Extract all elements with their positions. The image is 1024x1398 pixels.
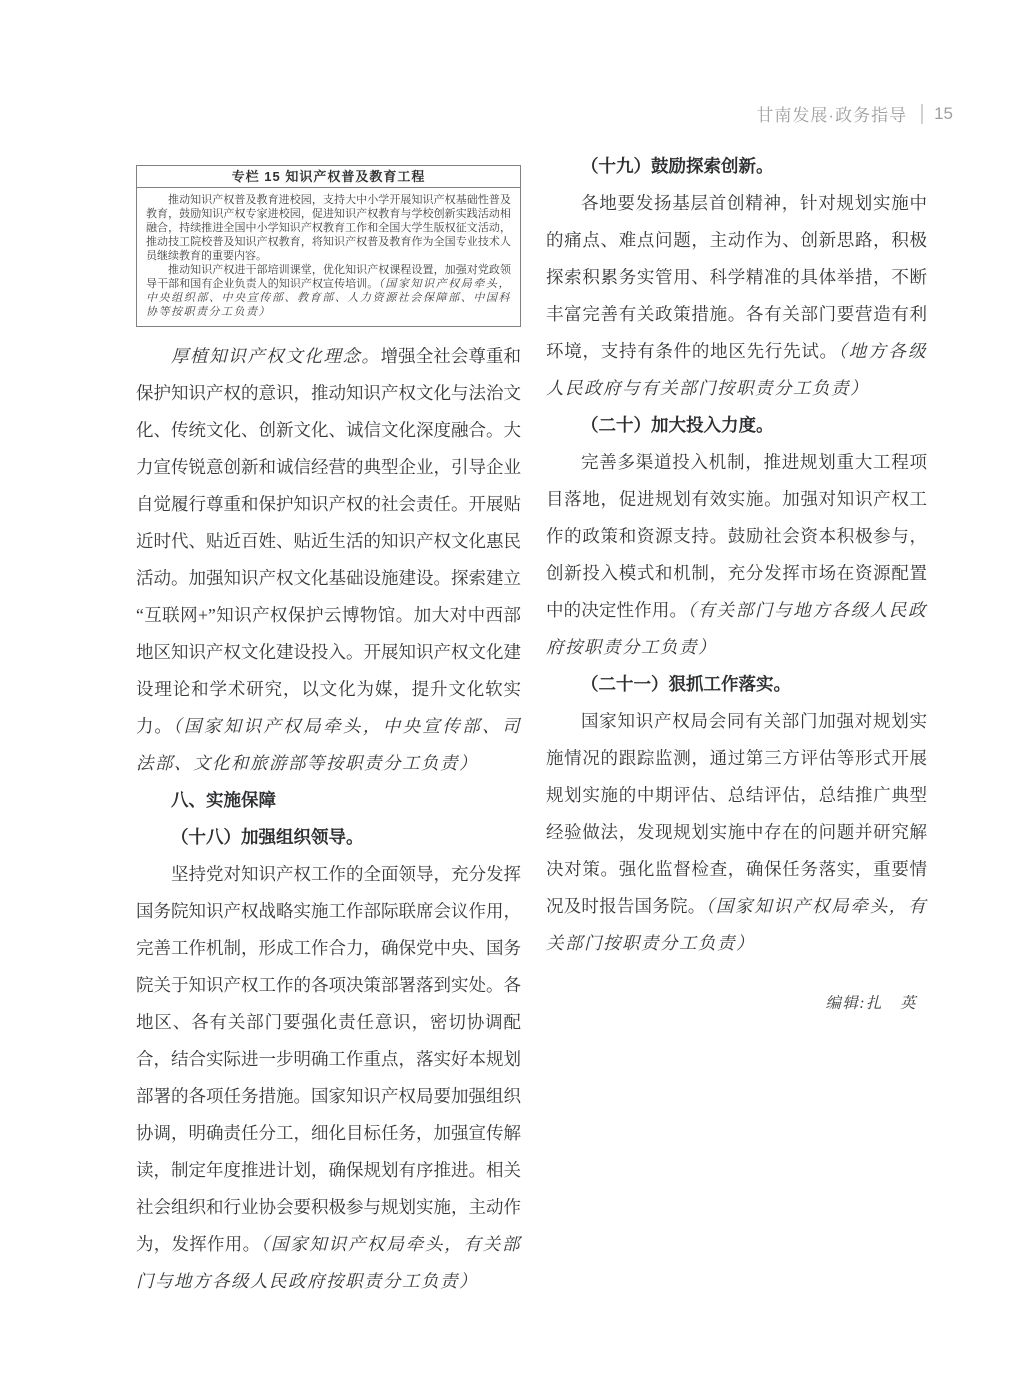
- body-paragraph: 厚植知识产权文化理念。增强全社会尊重和保护知识产权的意识，推动知识产权文化与法治…: [136, 338, 521, 782]
- feature-box: 专栏 15 知识产权普及教育工程 推动知识产权普及教育进校园，支持大中小学开展知…: [136, 165, 521, 327]
- section-heading: （十九）鼓励探索创新。: [546, 148, 927, 185]
- text-segment-normal: 增强全社会尊重和保护知识产权的意识，推动知识产权文化与法治文化、传统文化、创新文…: [136, 346, 521, 736]
- section-heading: （二十）加大投入力度。: [546, 407, 927, 444]
- body-paragraph: 国家知识产权局会同有关部门加强对规划实施情况的跟踪监测，通过第三方评估等形式开展…: [546, 703, 927, 962]
- text-segment-normal: 坚持党对知识产权工作的全面领导，充分发挥国务院知识产权战略实施工作部际联席会议作…: [136, 864, 521, 1254]
- text-segment-normal: 国家知识产权局会同有关部门加强对规划实施情况的跟踪监测，通过第三方评估等形式开展…: [546, 711, 927, 916]
- text-segment-bold: 八、实施保障: [171, 790, 276, 810]
- page-number: 15: [934, 104, 953, 124]
- right-column: （十九）鼓励探索创新。各地要发扬基层首创精神，针对规划实施中的痛点、难点问题，主…: [546, 148, 927, 1016]
- text-segment-kai: 厚植知识产权文化理念。: [171, 346, 381, 366]
- text-segment-normal: 完善多渠道投入机制，推进规划重大工程项目落地，促进规划有效实施。加强对知识产权工…: [546, 452, 927, 620]
- text-segment-bold: （二十一）狠抓工作落实。: [581, 674, 791, 694]
- section-heading: 八、实施保障: [136, 782, 521, 819]
- text-segment-kai: （国家知识产权局牵头，中央宣传部、司法部、文化和旅游部等按职责分工负责）: [136, 716, 521, 773]
- magazine-page: 甘南发展·政务指导 15 专栏 15 知识产权普及教育工程 推动知识产权普及教育…: [0, 0, 1024, 1398]
- feature-box-paragraph: 推动知识产权普及教育进校园，支持大中小学开展知识产权基础性普及教育，鼓励知识产权…: [146, 193, 511, 263]
- running-head: 甘南发展·政务指导 15: [756, 101, 953, 126]
- feature-box-title: 专栏 15 知识产权普及教育工程: [137, 166, 520, 188]
- body-paragraph: 完善多渠道投入机制，推进规划重大工程项目落地，促进规划有效实施。加强对知识产权工…: [546, 444, 927, 666]
- text-segment-bold: （十八）加强组织领导。: [171, 827, 364, 847]
- text-segment-bold: （十九）鼓励探索创新。: [581, 156, 774, 176]
- text-segment-bold: （二十）加大投入力度。: [581, 415, 774, 435]
- header-divider-rule: [921, 104, 923, 124]
- editor-credit: 编辑:扎 英: [546, 992, 927, 1016]
- body-paragraph: 各地要发扬基层首创精神，针对规划实施中的痛点、难点问题，主动作为、创新思路，积极…: [546, 185, 927, 407]
- journal-title: 甘南发展·政务指导: [756, 101, 907, 126]
- feature-box-body: 推动知识产权普及教育进校园，支持大中小学开展知识产权基础性普及教育，鼓励知识产权…: [137, 188, 520, 326]
- right-column-blocks: （十九）鼓励探索创新。各地要发扬基层首创精神，针对规划实施中的痛点、难点问题，主…: [546, 148, 927, 1016]
- text-segment-kai: 编辑:扎 英: [825, 995, 917, 1012]
- text-segment-normal: 各地要发扬基层首创精神，针对规划实施中的痛点、难点问题，主动作为、创新思路，积极…: [546, 193, 927, 361]
- text-segment-normal: 推动知识产权普及教育进校园，支持大中小学开展知识产权基础性普及教育，鼓励知识产权…: [146, 194, 511, 262]
- feature-box-paragraph: 推动知识产权进干部培训课堂，优化知识产权课程设置，加强对党政领导干部和国有企业负…: [146, 263, 511, 319]
- body-paragraph: 坚持党对知识产权工作的全面领导，充分发挥国务院知识产权战略实施工作部际联席会议作…: [136, 856, 521, 1300]
- section-heading: （十八）加强组织领导。: [136, 819, 521, 856]
- left-column-blocks: 厚植知识产权文化理念。增强全社会尊重和保护知识产权的意识，推动知识产权文化与法治…: [136, 338, 521, 1300]
- section-heading: （二十一）狠抓工作落实。: [546, 666, 927, 703]
- left-column: 专栏 15 知识产权普及教育工程 推动知识产权普及教育进校园，支持大中小学开展知…: [136, 165, 521, 1300]
